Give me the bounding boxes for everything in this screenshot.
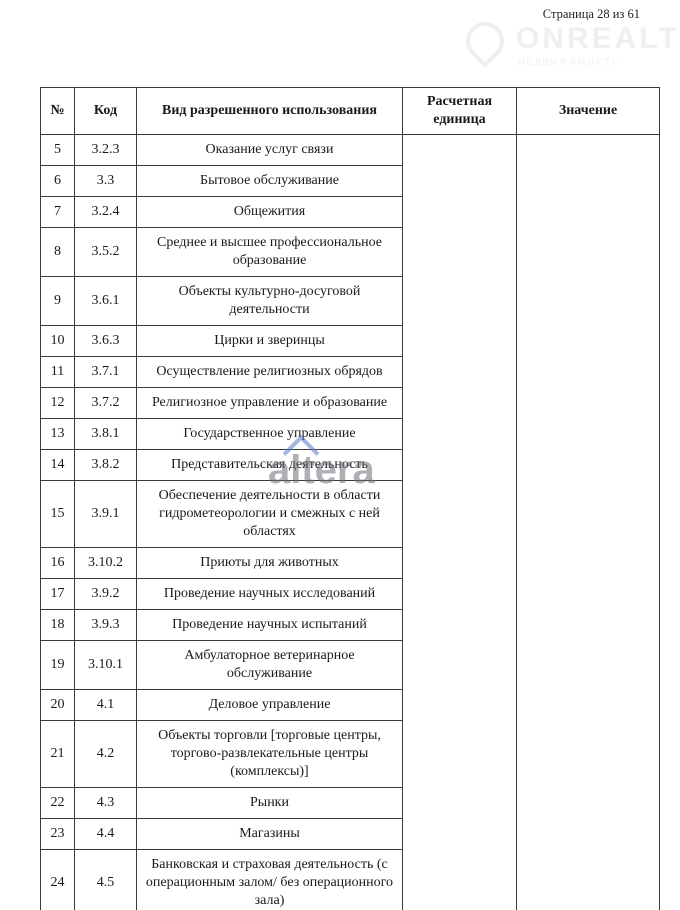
row-code: 3.8.2 [75,450,137,481]
column-header-code: Код [75,88,137,135]
row-use-type: Проведение научных исследований [137,579,403,610]
row-number: 8 [41,228,75,277]
row-code: 3.3 [75,166,137,197]
row-number: 19 [41,641,75,690]
row-code: 3.7.1 [75,357,137,388]
row-code: 3.10.2 [75,548,137,579]
row-use-type: Цирки и зверинцы [137,326,403,357]
column-header-value: Значение [517,88,660,135]
row-number: 21 [41,721,75,788]
row-use-type: Объекты культурно-досуговой деятельности [137,277,403,326]
row-code: 3.6.3 [75,326,137,357]
row-code: 4.4 [75,819,137,850]
row-use-type: Осуществление религиозных обрядов [137,357,403,388]
row-number: 20 [41,690,75,721]
row-code: 4.5 [75,850,137,910]
row-use-type: Приюты для животных [137,548,403,579]
row-number: 10 [41,326,75,357]
watermark-brand: ONREALT [516,22,680,56]
row-code: 4.1 [75,690,137,721]
watermark-subtitle: НЕДВИЖИМОСТЬ [518,57,620,67]
row-number: 22 [41,788,75,819]
page-indicator: Страница 28 из 61 [543,7,640,22]
row-code: 3.9.1 [75,481,137,548]
row-use-type: Бытовое обслуживание [137,166,403,197]
unit-cell [403,135,517,910]
row-number: 6 [41,166,75,197]
row-code: 4.3 [75,788,137,819]
row-use-type: Общежития [137,197,403,228]
row-code: 3.9.2 [75,579,137,610]
row-number: 23 [41,819,75,850]
row-use-type: Проведение научных испытаний [137,610,403,641]
row-use-type: Магазины [137,819,403,850]
row-use-type: Государственное управление [137,419,403,450]
row-code: 3.9.3 [75,610,137,641]
row-code: 3.6.1 [75,277,137,326]
row-use-type: Религиозное управление и образование [137,388,403,419]
row-number: 5 [41,135,75,166]
row-number: 7 [41,197,75,228]
row-code: 3.2.3 [75,135,137,166]
location-pin-icon [458,14,512,68]
row-number: 13 [41,419,75,450]
row-code: 4.2 [75,721,137,788]
row-number: 15 [41,481,75,548]
row-number: 24 [41,850,75,910]
row-use-type: Амбулаторное ветеринарное обслуживание [137,641,403,690]
column-header-number: № [41,88,75,135]
row-use-type: Представительская деятельность [137,450,403,481]
row-use-type: Объекты торговли [торговые центры, торго… [137,721,403,788]
row-use-type: Деловое управление [137,690,403,721]
row-number: 16 [41,548,75,579]
row-use-type: Обеспечение деятельности в области гидро… [137,481,403,548]
table-header-row: № Код Вид разрешенного использования Рас… [41,88,660,135]
row-code: 3.7.2 [75,388,137,419]
onrealt-watermark: ONREALT НЕДВИЖИМОСТЬ [466,22,666,68]
value-cell [517,135,660,910]
row-code: 3.8.1 [75,419,137,450]
permitted-use-table: № Код Вид разрешенного использования Рас… [40,87,660,910]
column-header-unit: Расчетная единица [403,88,517,135]
row-use-type: Среднее и высшее профессиональное образо… [137,228,403,277]
row-use-type: Банковская и страховая деятельность (с о… [137,850,403,910]
table-row: 53.2.3Оказание услуг связи [41,135,660,166]
row-number: 12 [41,388,75,419]
row-number: 18 [41,610,75,641]
row-code: 3.5.2 [75,228,137,277]
row-use-type: Оказание услуг связи [137,135,403,166]
row-number: 11 [41,357,75,388]
row-number: 17 [41,579,75,610]
row-use-type: Рынки [137,788,403,819]
row-code: 3.2.4 [75,197,137,228]
column-header-use-type: Вид разрешенного использования [137,88,403,135]
row-number: 14 [41,450,75,481]
row-number: 9 [41,277,75,326]
row-code: 3.10.1 [75,641,137,690]
